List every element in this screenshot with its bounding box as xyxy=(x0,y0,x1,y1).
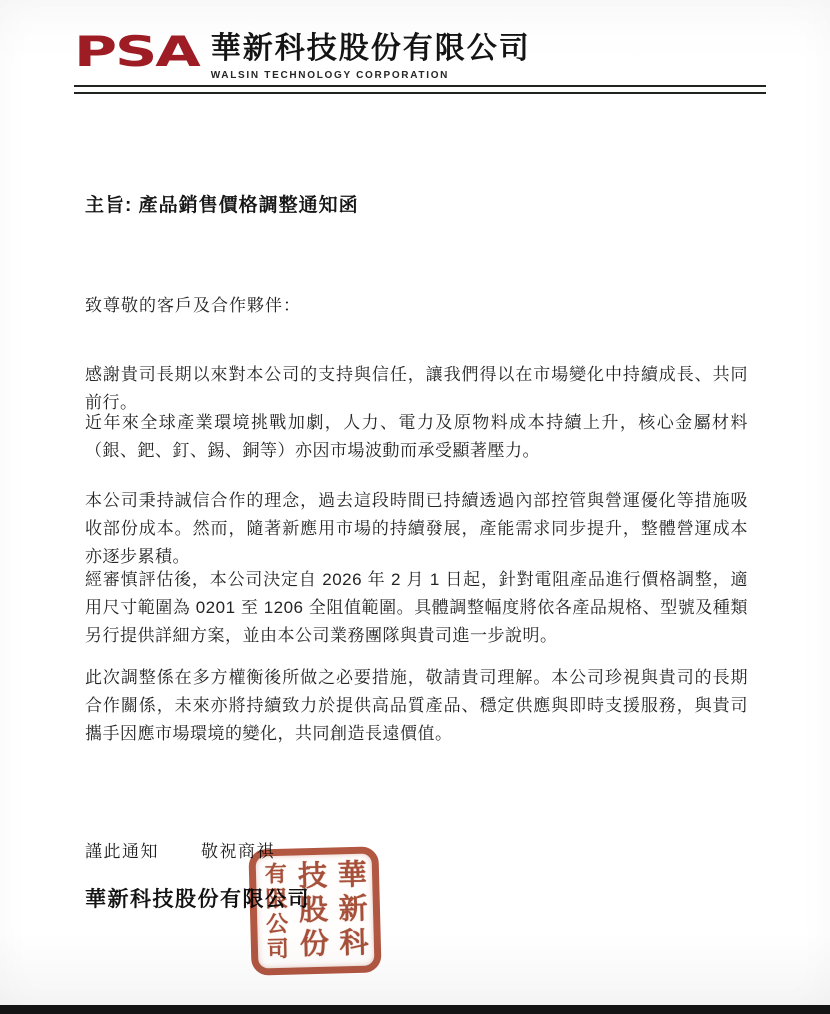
subject-line: 主旨: 產品銷售價格調整通知函 xyxy=(85,190,359,217)
closing-line: 謹此通知敬祝商祺 xyxy=(85,837,275,862)
salutation: 致尊敬的客戶及合作夥伴： xyxy=(85,291,301,316)
header-divider xyxy=(74,85,766,94)
paragraph: 此次調整係在多方權衡後所做之必要措施，敬請貴司理解。本公司珍視與貴司的長期合作關… xyxy=(85,664,748,748)
psa-logo: PSA xyxy=(74,32,199,73)
seal-column: 技股份 xyxy=(296,860,328,963)
photo-bottom-edge xyxy=(0,1005,830,1014)
company-name-en: WALSIN TECHNOLOGY CORPORATION xyxy=(211,70,531,81)
letterhead: PSA 華新科技股份有限公司 WALSIN TECHNOLOGY CORPORA… xyxy=(74,26,531,88)
company-seal-stamp: 華新科 技股份 有限公司 xyxy=(248,846,381,975)
paragraph: 經審慎評估後，本公司決定自 2026 年 2 月 1 日起，針對電阻產品進行價格… xyxy=(85,566,748,650)
letter-page: PSA 華新科技股份有限公司 WALSIN TECHNOLOGY CORPORA… xyxy=(0,0,830,1014)
company-name-zh: 華新科技股份有限公司 xyxy=(211,34,531,64)
seal-column: 華新科 xyxy=(335,859,367,962)
paragraph: 本公司秉持誠信合作的理念，過去這段時間已持續透過內部控管與營運優化等措施吸收部份… xyxy=(85,487,748,571)
closing-notice: 謹此通知 xyxy=(85,842,159,861)
company-name-block: 華新科技股份有限公司 WALSIN TECHNOLOGY CORPORATION xyxy=(211,26,531,81)
seal-column: 有限公司 xyxy=(263,862,288,963)
paragraph: 近年來全球產業環境挑戰加劇，人力、電力及原物料成本持續上升，核心金屬材料（銀、鈀… xyxy=(85,409,748,465)
